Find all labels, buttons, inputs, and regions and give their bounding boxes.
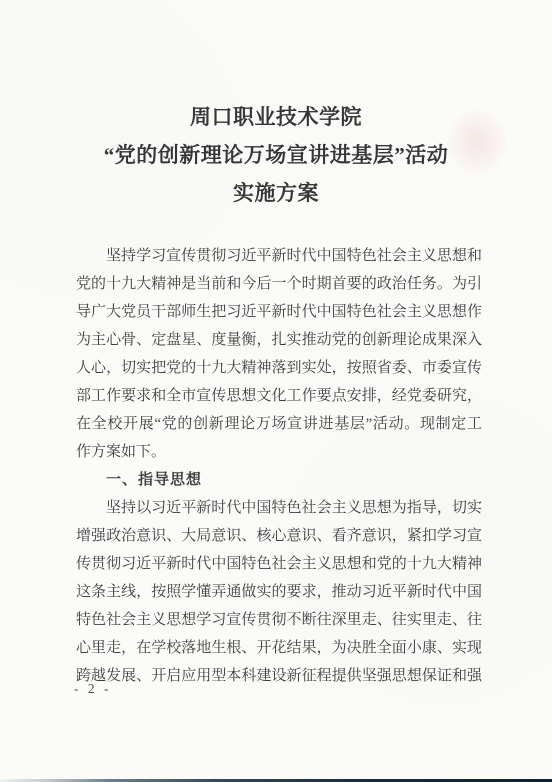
- body-line: 跨越发展、开启应用型本科建设新征程提供坚强思想保证和强: [76, 662, 482, 690]
- body-line: 部工作要求和全市宣传思想文化工作要点安排，经党委研究，: [76, 382, 482, 410]
- title-line-plan-label: 实施方案: [0, 174, 552, 212]
- document-title: 周口职业技术学院 “党的创新理论万场宣讲进基层”活动 实施方案: [0, 98, 552, 212]
- body-line: 导广大党员干部师生把习近平新时代中国特色社会主义思想作: [76, 298, 482, 326]
- body-line: 在全校开展“党的创新理论万场宣讲进基层”活动。现制定工: [76, 410, 482, 438]
- title-line-activity-name: “党的创新理论万场宣讲进基层”活动: [0, 136, 552, 174]
- section-heading: 一、指导思想: [76, 466, 482, 494]
- page-number: - 2 -: [74, 681, 112, 697]
- body-line: 特色社会主义思想学习宣传贯彻不断往深里走、往实里走、往: [76, 606, 482, 634]
- body-line: 传贯彻习近平新时代中国特色社会主义思想和党的十九大精神: [76, 550, 482, 578]
- body-line: 坚持学习宣传贯彻习近平新时代中国特色社会主义思想和: [76, 242, 482, 270]
- body-line: 坚持以习近平新时代中国特色社会主义思想为指导，切实: [76, 494, 482, 522]
- body-line: 心里走，在学校落地生根、开花结果，为决胜全面小康、实现: [76, 634, 482, 662]
- body-line: 增强政治意识、大局意识、核心意识、看齐意识，紧扣学习宣: [76, 522, 482, 550]
- document-page: 周口职业技术学院 “党的创新理论万场宣讲进基层”活动 实施方案 坚持学习宣传贯彻…: [0, 0, 552, 782]
- body-line: 人心，切实把党的十九大精神落到实处，按照省委、市委宣传: [76, 354, 482, 382]
- title-line-school-name: 周口职业技术学院: [0, 98, 552, 136]
- body-line: 这条主线，按照学懂弄通做实的要求，推动习近平新时代中国: [76, 578, 482, 606]
- document-body: 坚持学习宣传贯彻习近平新时代中国特色社会主义思想和党的十九大精神是当前和今后一个…: [76, 242, 482, 690]
- body-line: 党的十九大精神是当前和今后一个时期首要的政治任务。为引: [76, 270, 482, 298]
- body-line: 为主心骨、定盘星、度量衡，扎实推动党的创新理论成果深入: [76, 326, 482, 354]
- body-line: 作方案如下。: [76, 438, 482, 466]
